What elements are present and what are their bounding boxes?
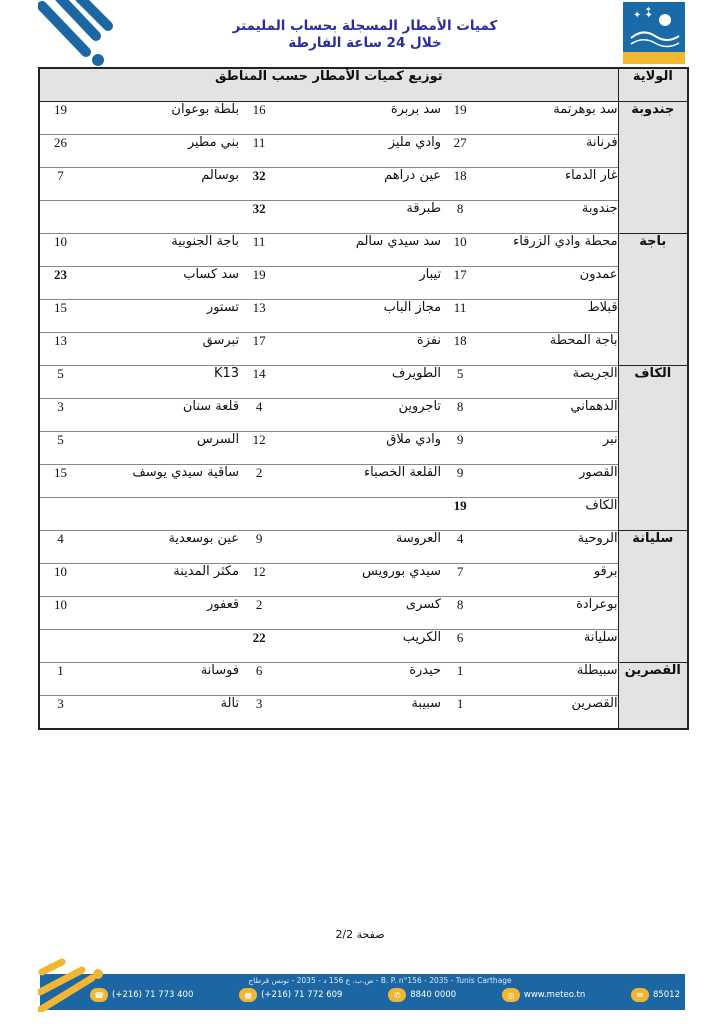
footer-contact-text: www.meteo.tn <box>524 990 585 1000</box>
rainfall-table: الولاية توزيع كميات الأمطار حسب المناطق … <box>38 67 689 730</box>
station-name: بلطة بوعوان <box>81 102 239 135</box>
station-name: حيدرة <box>279 663 441 696</box>
station-name: باجة المحطة <box>479 333 618 366</box>
station-name: القلعة الخصباء <box>279 465 441 498</box>
rainfall-value: 9 <box>441 465 479 498</box>
rainfall-value: 5 <box>39 366 81 399</box>
rainfall-value: 27 <box>441 135 479 168</box>
rainfall-value: 3 <box>39 696 81 730</box>
footer-contact-item: ▦(+216) 71 772 609 <box>239 988 342 1002</box>
rainfall-value: 8 <box>441 399 479 432</box>
footer-contact-item: ✉85012 <box>631 988 680 1002</box>
region-name: القصرين <box>618 663 688 730</box>
rainfall-value: 5 <box>441 366 479 399</box>
footer-contact-item[interactable]: ◎www.meteo.tn <box>502 988 585 1002</box>
station-name: وادي مليز <box>279 135 441 168</box>
rainfall-value: 32 <box>239 168 279 201</box>
table-row: فرنانة27وادي مليز11بني مطير26 <box>39 135 688 168</box>
rainfall-value: 4 <box>239 399 279 432</box>
rainfall-value: 9 <box>239 531 279 564</box>
logo-caption-band <box>623 52 685 64</box>
table-row: قبلاط11مجاز الباب13تستور15 <box>39 300 688 333</box>
station-name: غار الدماء <box>479 168 618 201</box>
rainfall-value: 19 <box>441 498 479 531</box>
web-icon: ◎ <box>502 988 520 1002</box>
station-name: القصور <box>479 465 618 498</box>
station-name: سد كساب <box>81 267 239 300</box>
rainfall-value: 8 <box>441 597 479 630</box>
footer-band: ص.ب. ع 156 د - 2035 - تونس قرطاج - B. P.… <box>40 974 685 1010</box>
table-row: غار الدماء18عين دراهم32بوسالم7 <box>39 168 688 201</box>
rainfall-value: 15 <box>39 300 81 333</box>
station-name: تيبار <box>279 267 441 300</box>
table-row: القصور9القلعة الخصباء2ساقية سيدي يوسف15 <box>39 465 688 498</box>
rainfall-value: 6 <box>239 663 279 696</box>
station-name: فوسانة <box>81 663 239 696</box>
station-name: مجاز الباب <box>279 300 441 333</box>
rainfall-value: 13 <box>239 300 279 333</box>
rainfall-value: 1 <box>441 663 479 696</box>
document-title: كميات الأمطار المسجلة بحساب المليمتر خلا… <box>170 18 560 52</box>
station-name: الدهماني <box>479 399 618 432</box>
rainfall-value: 4 <box>39 531 81 564</box>
page-number: صفحة 2/2 <box>300 928 420 941</box>
rainfall-value: 10 <box>441 234 479 267</box>
station-name: جندوبة <box>479 201 618 234</box>
station-name: طبرقة <box>279 201 441 234</box>
title-line-2: خلال 24 ساعة الفارطة <box>170 35 560 52</box>
rainfall-value: 18 <box>441 168 479 201</box>
table-row: القصرينسبيطلة1حيدرة6فوسانة1 <box>39 663 688 696</box>
station-name: مكثر المدينة <box>81 564 239 597</box>
footer-contacts: ☎(+216) 71 773 400▦(+216) 71 772 609✆884… <box>90 988 680 1002</box>
station-name: نبر <box>479 432 618 465</box>
station-name: تاجروين <box>279 399 441 432</box>
region-name: باجة <box>618 234 688 366</box>
rainfall-value: 11 <box>441 300 479 333</box>
table-row: بوعرادة8كسرى2قعفور10 <box>39 597 688 630</box>
footer-contact-item: ✆8840 0000 <box>388 988 456 1002</box>
title-line-1: كميات الأمطار المسجلة بحساب المليمتر <box>170 18 560 35</box>
rainfall-value: 16 <box>239 102 279 135</box>
station-name: قعفور <box>81 597 239 630</box>
hotline-icon: ✆ <box>388 988 406 1002</box>
rainfall-value <box>39 201 81 234</box>
station-name: قلعة سنان <box>81 399 239 432</box>
rainfall-value: 14 <box>239 366 279 399</box>
footer-contact-text: 8840 0000 <box>410 990 456 1000</box>
station-name <box>81 630 239 663</box>
weather-emblem-icon: ✦ ✦ ✦ <box>623 2 685 52</box>
station-name: بني مطير <box>81 135 239 168</box>
station-name: سبيبة <box>279 696 441 730</box>
footer-address: ص.ب. ع 156 د - 2035 - تونس قرطاج - B. P.… <box>100 976 660 985</box>
station-name: محطة وادي الزرقاء <box>479 234 618 267</box>
rainfall-value <box>239 498 279 531</box>
station-name: الكريب <box>279 630 441 663</box>
rainfall-value: 1 <box>441 696 479 730</box>
rainfall-value: 17 <box>441 267 479 300</box>
station-name: العروسة <box>279 531 441 564</box>
region-name: سليانة <box>618 531 688 663</box>
station-name: عين بوسعدية <box>81 531 239 564</box>
table-row: عمدون17تيبار19سد كساب23 <box>39 267 688 300</box>
rainfall-value: 5 <box>39 432 81 465</box>
zones-column-header: توزيع كميات الأمطار حسب المناطق <box>39 68 618 102</box>
rainfall-value: 8 <box>441 201 479 234</box>
rainfall-value: 3 <box>39 399 81 432</box>
rainfall-value: 19 <box>441 102 479 135</box>
rainfall-value: 17 <box>239 333 279 366</box>
station-name: الجريصة <box>479 366 618 399</box>
region-name: جندوبة <box>618 102 688 234</box>
table-row: باجةمحطة وادي الزرقاء10سد سيدي سالم11باج… <box>39 234 688 267</box>
station-name: بوعرادة <box>479 597 618 630</box>
rainfall-value <box>39 630 81 663</box>
table-body: جندوبةسد بوهرتمة19سد بربرة16بلطة بوعوان1… <box>39 102 688 730</box>
table-row: برقو7سيدي بورويس12مكثر المدينة10 <box>39 564 688 597</box>
station-name: K13 <box>81 366 239 399</box>
table-row: القصرين1سبيبة3تالة3 <box>39 696 688 730</box>
table-row: الكاف19 <box>39 498 688 531</box>
svg-text:✦: ✦ <box>645 5 652 14</box>
station-name: سد سيدي سالم <box>279 234 441 267</box>
rainfall-value <box>39 498 81 531</box>
station-name: وادي ملاق <box>279 432 441 465</box>
station-name: سبيطلة <box>479 663 618 696</box>
rainfall-value: 11 <box>239 234 279 267</box>
station-name: عين دراهم <box>279 168 441 201</box>
rainfall-value: 32 <box>239 201 279 234</box>
region-name: الكاف <box>618 366 688 531</box>
station-name: برقو <box>479 564 618 597</box>
station-name: باجة الجنوبية <box>81 234 239 267</box>
station-name <box>279 498 441 531</box>
rainfall-value: 2 <box>239 465 279 498</box>
rainfall-value: 6 <box>441 630 479 663</box>
rainfall-value: 2 <box>239 597 279 630</box>
inm-logo: ✦ ✦ ✦ <box>623 2 685 64</box>
station-name: تالة <box>81 696 239 730</box>
table-row: جندوبة8طبرقة32 <box>39 201 688 234</box>
rainfall-value: 7 <box>441 564 479 597</box>
station-name: ساقية سيدي يوسف <box>81 465 239 498</box>
station-name: القصرين <box>479 696 618 730</box>
table-row: الكافالجريصة5الطويرف14K135 <box>39 366 688 399</box>
footer-stripes-logo <box>38 958 108 1012</box>
table-row: سليانة6الكريب22 <box>39 630 688 663</box>
rainfall-value: 10 <box>39 234 81 267</box>
rainfall-value: 19 <box>239 267 279 300</box>
rainfall-value: 18 <box>441 333 479 366</box>
rainfall-value: 12 <box>239 564 279 597</box>
footer-contact-text: 85012 <box>653 990 680 1000</box>
rainfall-value: 7 <box>39 168 81 201</box>
rainfall-value: 22 <box>239 630 279 663</box>
station-name: سليانة <box>479 630 618 663</box>
station-name: سيدي بورويس <box>279 564 441 597</box>
rainfall-value: 19 <box>39 102 81 135</box>
rainfall-value: 9 <box>441 432 479 465</box>
station-name: سد بوهرتمة <box>479 102 618 135</box>
rainfall-value: 26 <box>39 135 81 168</box>
rainfall-value: 12 <box>239 432 279 465</box>
table-row: الدهماني8تاجروين4قلعة سنان3 <box>39 399 688 432</box>
station-name <box>81 201 239 234</box>
station-name: سد بربرة <box>279 102 441 135</box>
station-name: نفزة <box>279 333 441 366</box>
table-row: نبر9وادي ملاق12السرس5 <box>39 432 688 465</box>
table-row: سليانةالروحية4العروسة9عين بوسعدية4 <box>39 531 688 564</box>
station-name: تبرسق <box>81 333 239 366</box>
station-name: كسرى <box>279 597 441 630</box>
rainfall-value: 4 <box>441 531 479 564</box>
station-name: فرنانة <box>479 135 618 168</box>
station-name: قبلاط <box>479 300 618 333</box>
rainfall-value: 3 <box>239 696 279 730</box>
table-row: باجة المحطة18نفزة17تبرسق13 <box>39 333 688 366</box>
rainfall-value: 10 <box>39 564 81 597</box>
station-name: تستور <box>81 300 239 333</box>
station-name: السرس <box>81 432 239 465</box>
station-name: بوسالم <box>81 168 239 201</box>
fax-icon: ▦ <box>239 988 257 1002</box>
institute-stripes-logo <box>38 0 118 68</box>
station-name <box>81 498 239 531</box>
station-name: الكاف <box>479 498 618 531</box>
station-name: الطويرف <box>279 366 441 399</box>
footer-contact-text: (+216) 71 772 609 <box>261 990 342 1000</box>
station-name: عمدون <box>479 267 618 300</box>
rainfall-value: 10 <box>39 597 81 630</box>
region-column-header: الولاية <box>618 68 688 102</box>
rainfall-value: 13 <box>39 333 81 366</box>
footer-contact-text: (+216) 71 773 400 <box>112 990 193 1000</box>
rainfall-value: 23 <box>39 267 81 300</box>
rainfall-value: 1 <box>39 663 81 696</box>
rainfall-value: 11 <box>239 135 279 168</box>
rainfall-value: 15 <box>39 465 81 498</box>
station-name: الروحية <box>479 531 618 564</box>
table-row: جندوبةسد بوهرتمة19سد بربرة16بلطة بوعوان1… <box>39 102 688 135</box>
sms-icon: ✉ <box>631 988 649 1002</box>
